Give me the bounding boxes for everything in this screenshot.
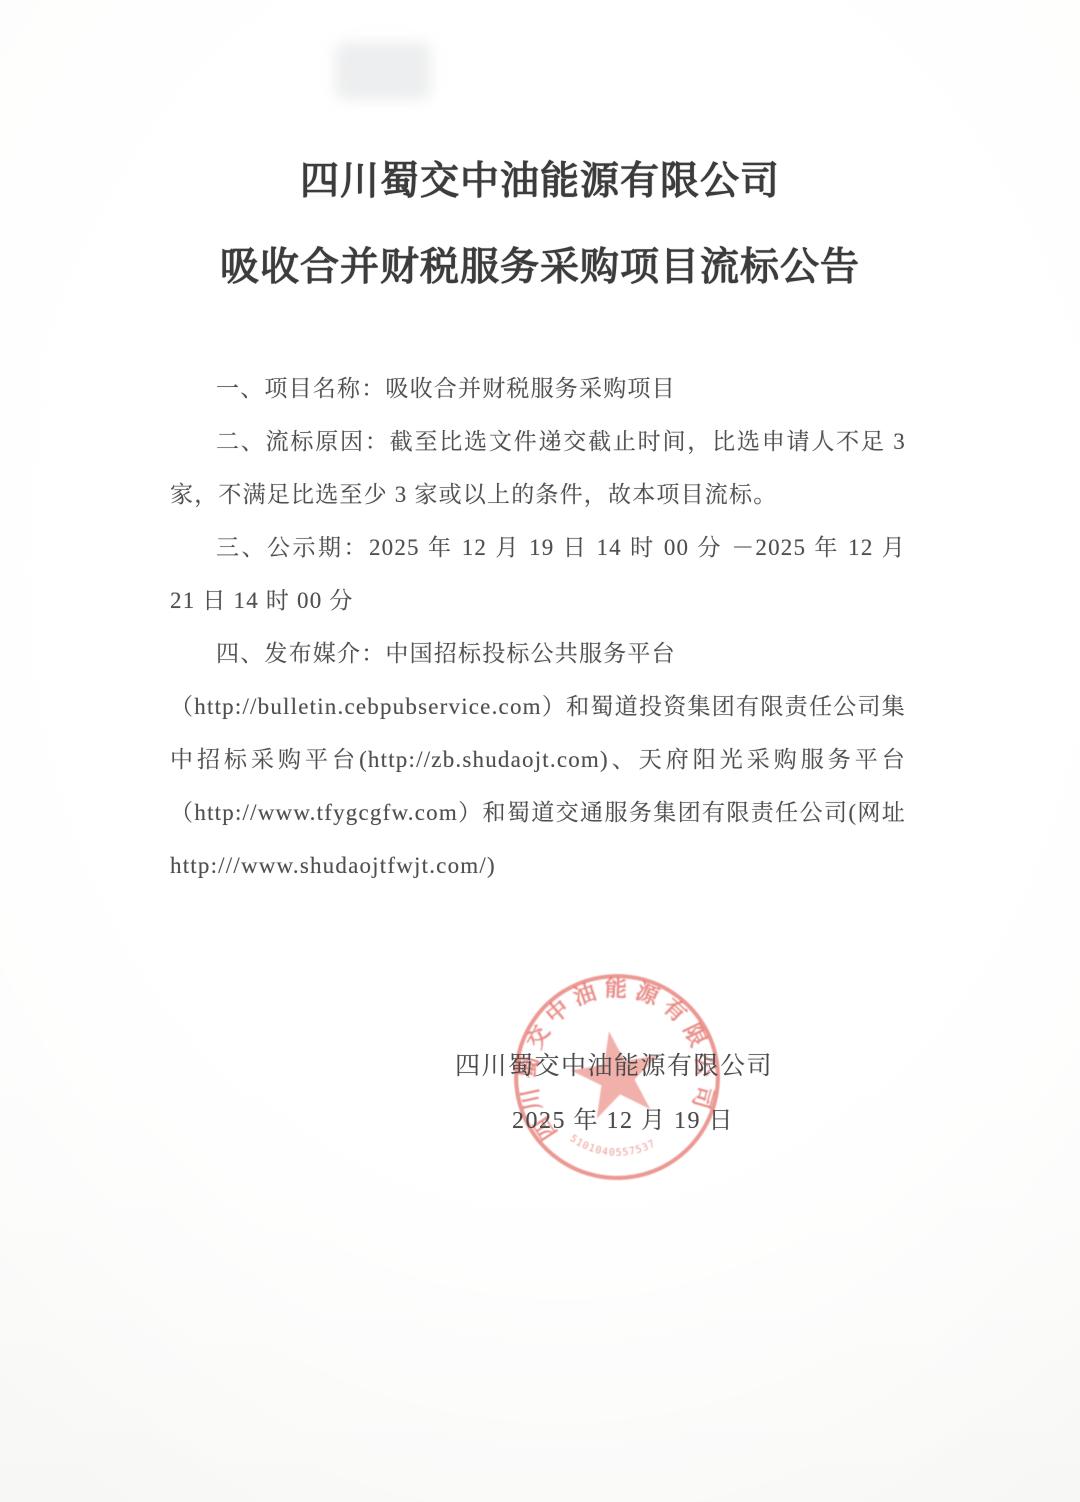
signature-date: 2025 年 12 月 19 日 [512,1100,734,1135]
paragraph-publish-media: 四、发布媒介：中国招标投标公共服务平台 [170,627,906,680]
paragraph-project-name: 一、项目名称：吸收合并财税服务采购项目 [170,362,906,415]
page-title: 四川蜀交中油能源有限公司 [0,150,1080,206]
document-page: 四川蜀交中油能源有限公司 吸收合并财税服务采购项目流标公告 一、项目名称：吸收合… [0,0,1080,1502]
signature-company: 四川蜀交中油能源有限公司 [455,1046,773,1082]
document-body: 一、项目名称：吸收合并财税服务采购项目 二、流标原因：截至比选文件递交截止时间，… [170,362,906,892]
paragraph-publish-media-urls: （http://bulletin.cebpubservice.com）和蜀道投资… [170,680,906,892]
scan-smudge [335,42,431,100]
page-subtitle: 吸收合并财税服务采购项目流标公告 [0,236,1080,292]
paragraph-failure-reason: 二、流标原因：截至比选文件递交截止时间，比选申请人不足 3 家，不满足比选至少 … [170,415,906,521]
paragraph-publicity-period: 三、公示期：2025 年 12 月 19 日 14 时 00 分 －2025 年… [170,521,906,627]
